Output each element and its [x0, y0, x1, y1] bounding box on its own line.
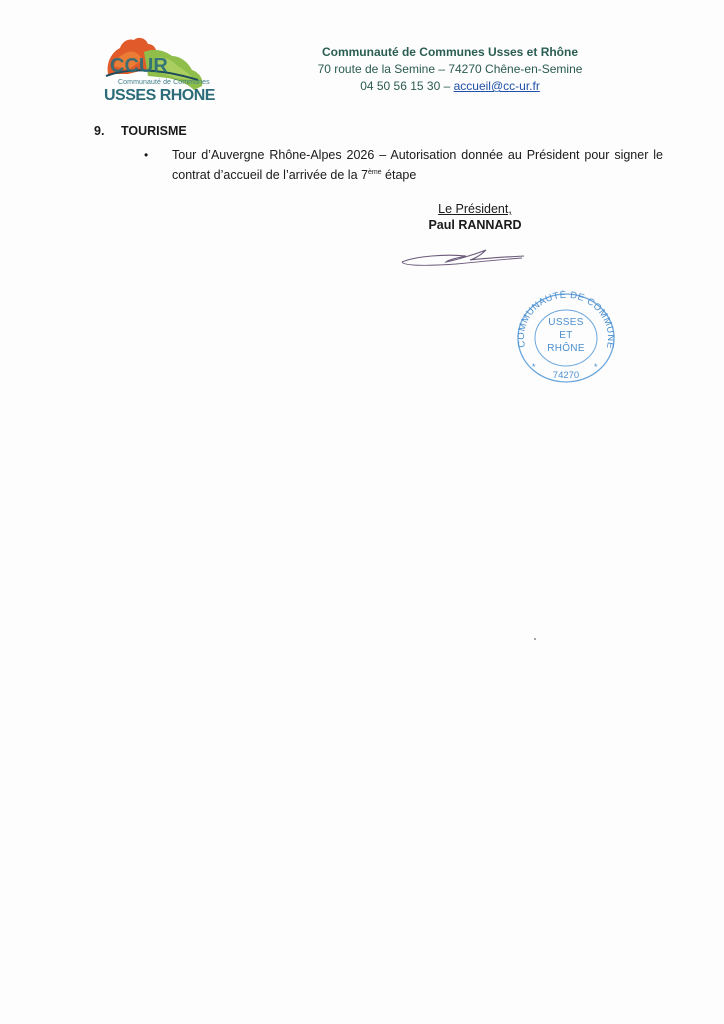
stamp-text: USSES ET RHÔNE: [510, 290, 622, 390]
list-item-text: Tour d’Auvergne Rhône-Alpes 2026 – Autor…: [172, 147, 663, 184]
signatory-name: Paul RANNARD: [420, 217, 530, 233]
section-number: 9.: [94, 124, 121, 138]
scan-speck: [534, 638, 536, 640]
organization-contact: 04 50 56 15 30 – accueil@cc-ur.fr: [300, 78, 600, 95]
organization-address: 70 route de la Semine – 74270 Chêne-en-S…: [300, 61, 600, 78]
stamp-line-1: USSES: [510, 317, 622, 328]
stamp-line-2: ET: [510, 330, 622, 341]
svg-text:CCUR: CCUR: [110, 55, 168, 77]
organization-phone: 04 50 56 15 30: [360, 79, 440, 93]
organization-header: Communauté de Communes Usses et Rhône 70…: [300, 44, 600, 95]
stamp-line-3: RHÔNE: [510, 343, 622, 354]
organization-email-link[interactable]: accueil@cc-ur.fr: [454, 79, 540, 93]
organization-name: Communauté de Communes Usses et Rhône: [300, 44, 600, 61]
section-heading: 9.TOURISME: [94, 124, 187, 138]
ccur-logo: CCUR Communauté de Communes USSES RHONE: [98, 34, 210, 110]
official-stamp: COMMUNAUTÉ DE COMMUNES * * 74270 USSES E…: [510, 290, 622, 390]
logo-name: USSES RHONE: [104, 87, 215, 105]
signatory-role: Le Président,: [420, 201, 530, 217]
item-superscript: ème: [368, 169, 382, 176]
section-title: TOURISME: [121, 124, 187, 138]
handwritten-signature-icon: [396, 240, 528, 270]
signature-block: Le Président, Paul RANNARD: [420, 201, 530, 233]
contact-separator: –: [440, 79, 453, 93]
document-page: CCUR Communauté de Communes USSES RHONE …: [0, 0, 724, 1024]
logo-subtitle: Communauté de Communes: [118, 79, 210, 86]
bullet-icon: •: [144, 147, 148, 164]
list-item: • Tour d’Auvergne Rhône-Alpes 2026 – Aut…: [148, 147, 663, 184]
item-text-main: Tour d’Auvergne Rhône-Alpes 2026 – Autor…: [172, 148, 663, 182]
item-text-end: étape: [382, 168, 417, 182]
